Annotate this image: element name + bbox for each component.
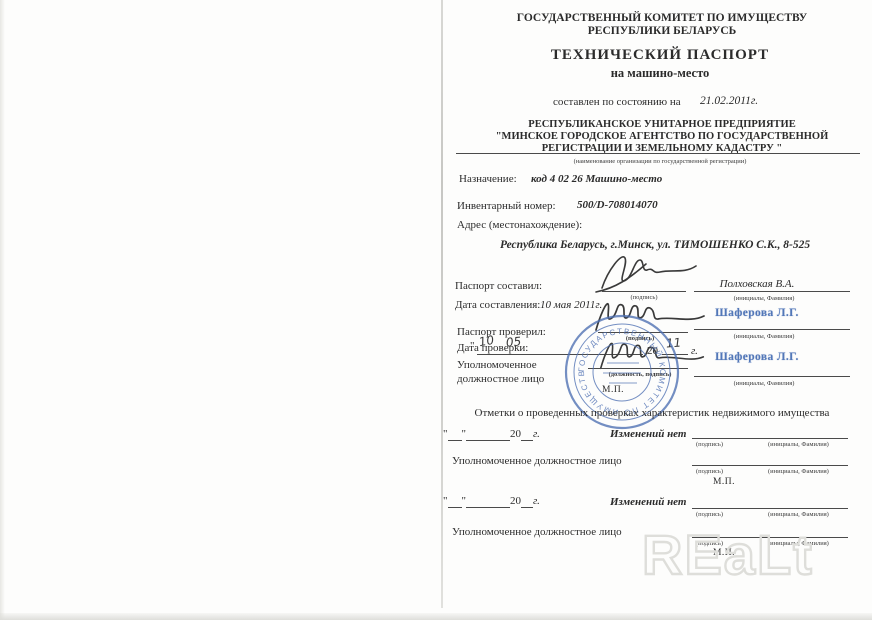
scanned-technical-passport: ГОСУДАРСТВЕННЫЙ КОМИТЕТ ПО ИМУЩЕСТВУ РЕС…: [0, 0, 872, 620]
page-fold-line: [441, 0, 443, 608]
inventory-value: 500/D-708014070: [577, 199, 658, 212]
signature-caption: (подпись): [696, 511, 723, 518]
checker-name-line: [694, 329, 850, 330]
compiler-name: Полховская В.А.: [720, 278, 795, 291]
checks-section-title: Отметки о проведенных проверках характер…: [475, 407, 830, 420]
sign-line: [692, 438, 848, 439]
checks-official-label-1: Уполномоченное должностное лицо: [452, 455, 622, 468]
check-row-1-sign-group: (подпись) (инициалы, Фамилия): [692, 430, 848, 454]
stamp-inner-marks: [603, 363, 641, 383]
initials-caption: (инициалы, Фамилия): [734, 380, 795, 387]
compiled-label: Паспорт составил:: [455, 280, 542, 293]
no-changes-note-2: Изменений нет: [610, 496, 686, 509]
year-blank: [521, 496, 533, 508]
purpose-label: Назначение:: [459, 173, 517, 186]
compiler-signature: [592, 248, 702, 294]
check-date-day-handwritten: 10: [478, 334, 495, 350]
checked-label: Паспорт проверил:: [457, 326, 546, 339]
document-subtitle: на машино-место: [611, 66, 710, 80]
realt-watermark: REaLt: [640, 520, 868, 590]
check-row-2-date-template: ""20г.: [443, 495, 540, 508]
year-blank: [521, 429, 533, 441]
year-prefix: 20: [510, 428, 521, 440]
signature-caption: (подпись): [696, 441, 723, 448]
svg-text:REaLt: REaLt: [642, 523, 814, 586]
signature-caption: (подпись): [696, 468, 723, 475]
sign-line: [692, 465, 848, 466]
registrar-line1: РЕСПУБЛИКАНСКОЕ УНИТАРНОЕ ПРЕДПРИЯТИЕ: [528, 119, 795, 131]
registrar-caption: (наименование организации по государстве…: [574, 158, 747, 165]
checker-name-facsimile: Шаферова Л.Г.: [715, 307, 799, 320]
sign-line: [692, 508, 848, 509]
registrar-underline: [456, 153, 860, 154]
month-blank: [466, 429, 510, 441]
document-title: ТЕХНИЧЕСКИЙ ПАСПОРТ: [551, 47, 769, 64]
compiled-date-label: Дата составления:: [455, 299, 540, 312]
registrar-line2: "МИНСКОЕ ГОРОДСКОЕ АГЕНТСТВО ПО ГОСУДАРС…: [496, 131, 829, 143]
year-suffix: г.: [533, 495, 540, 507]
official-label-line1: Уполномоченное: [457, 359, 537, 372]
year-suffix: г.: [533, 428, 540, 440]
initials-caption: (инициалы, Фамилия): [768, 441, 829, 448]
purpose-value: код 4 02 26 Машино-место: [531, 173, 662, 186]
no-changes-note-1: Изменений нет: [610, 428, 686, 441]
month-blank: [466, 496, 510, 508]
committee-name-line1: ГОСУДАРСТВЕННЫЙ КОМИТЕТ ПО ИМУЩЕСТВУ: [517, 12, 807, 25]
year-prefix: 20: [510, 495, 521, 507]
official-round-stamp: ГОСУДАРСТВЕННЫЙ КОМИТЕТ ПО ИМУЩЕСТВУ •: [553, 303, 691, 441]
official-label-line2: должностное лицо: [457, 373, 544, 386]
left-page-edge-shadow: [0, 0, 5, 620]
initials-caption: (инициалы, Фамилия): [734, 333, 795, 340]
checks-official-label-2: Уполномоченное должностное лицо: [452, 526, 622, 539]
check-date-month-handwritten: 05: [505, 335, 522, 350]
seal-mark-1: М.П.: [713, 477, 735, 488]
bottom-scan-edge: [0, 613, 872, 620]
check-date-open-quote: ": [470, 340, 475, 353]
as-of-date: 21.02.2011г.: [700, 95, 758, 108]
initials-caption: (инициалы, Фамилия): [768, 511, 829, 518]
inventory-label: Инвентарный номер:: [457, 200, 556, 213]
compiler-name-line: [694, 291, 850, 292]
day-blank: [448, 496, 462, 508]
initials-caption: (инициалы, Фамилия): [734, 295, 795, 302]
day-blank: [448, 429, 462, 441]
official-name-facsimile: Шаферова Л.Г.: [715, 351, 799, 364]
as-of-label: составлен по состоянию на: [553, 96, 681, 109]
official-name-line: [694, 376, 850, 377]
initials-caption: (инициалы, Фамилия): [768, 468, 829, 475]
committee-name-line2: РЕСПУБЛИКИ БЕЛАРУСЬ: [588, 25, 736, 38]
check-row-1-date-template: ""20г.: [443, 428, 540, 441]
address-label: Адрес (местонахождение):: [457, 219, 582, 232]
compiler-signature-line: [602, 291, 686, 292]
